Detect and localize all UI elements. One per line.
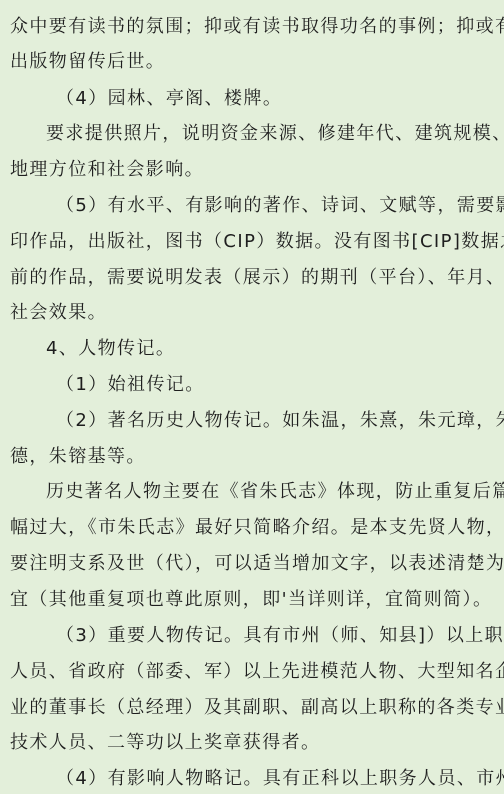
paragraph-line: 众中要有读书的氛围；抑或有读书取得功名的事例；抑或有 (10, 9, 504, 45)
section-heading: 4、人物传记。 (46, 331, 175, 367)
paragraph-line: 业的董事长（总经理）及其副职、副高以上职称的各类专业 (10, 690, 504, 726)
list-item-heading: （4）园林、亭阁、楼牌。 (56, 81, 282, 117)
paragraph-line: 德，朱镕基等。 (10, 439, 146, 475)
paragraph-line: 历史著名人物主要在《省朱氏志》体现，防止重复后篇 (46, 474, 504, 510)
paragraph-line: 人员、省政府（部委、军）以上先进模范人物、大型知名企 (10, 654, 504, 690)
paragraph-line: 前的作品，需要说明发表（展示）的期刊（平台）、年月、 (10, 260, 504, 296)
list-item-heading: （3）重要人物传记。具有市州（师、知县]）以上职务 (56, 618, 504, 654)
paragraph-line: 要注明支系及世（代），可以适当增加文字，以表述清楚为 (10, 546, 504, 582)
paragraph-line: 印作品，出版社，图书（CIP）数据。没有图书[CIP]数据之 (10, 224, 504, 260)
paragraph-line: 出版物留传后世。 (10, 44, 165, 80)
paragraph-line: 技术人员、二等功以上奖章获得者。 (10, 725, 320, 761)
list-item-heading: （4）有影响人物略记。具有正科以上职务人员、市州 (56, 761, 504, 794)
paragraph-line: 宜（其他重复项也尊此原则，即'当详则详，宜简则简）。 (10, 582, 492, 618)
list-item-heading: （2）著名历史人物传记。如朱温，朱熹，朱元璋，朱 (56, 403, 504, 439)
document-page: 众中要有读书的氛围；抑或有读书取得功名的事例；抑或有 出版物留传后世。 （4）园… (0, 0, 504, 794)
paragraph-line: 幅过大，《市朱氏志》最好只简略介绍。是本支先贤人物， (10, 510, 504, 546)
list-item-heading: （5）有水平、有影响的著作、诗词、文赋等，需要影 (56, 188, 504, 224)
list-item-heading: （1）始祖传记。 (56, 367, 205, 403)
paragraph-line: 地理方位和社会影响。 (10, 152, 204, 188)
paragraph-line: 社会效果。 (10, 295, 107, 331)
paragraph-line: 要求提供照片，说明资金来源、修建年代、建筑规模、 (46, 116, 504, 152)
